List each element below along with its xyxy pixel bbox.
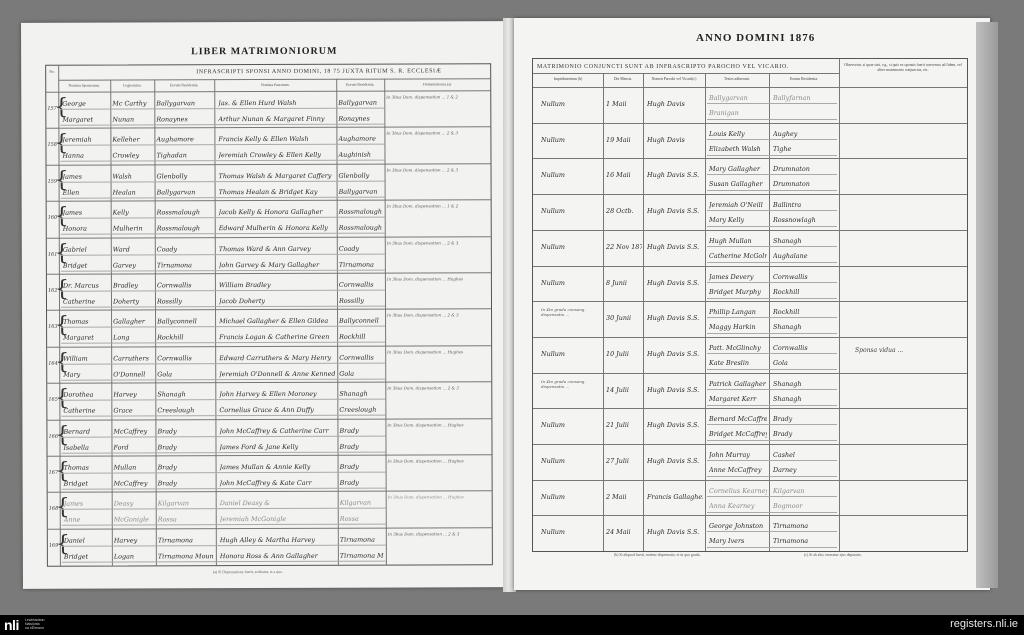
left-page-title: LIBER MATRIMONIORUM (191, 46, 337, 58)
witness-2: Mary Ivers (709, 537, 767, 545)
line-guide (707, 139, 837, 140)
marriage-date: 14 Julii (606, 386, 642, 394)
parents-residence-1: Brady (340, 463, 384, 471)
witness-2: Catherine McGolrick (709, 252, 767, 260)
impediment: Nullum (541, 136, 601, 144)
marriage-register-table-right: MATRIMONIO CONJUNCTI SUNT AB INFRASCRIPT… (532, 58, 968, 552)
parents-residence-2: Tirnamona (339, 260, 383, 268)
marriage-date: 10 Julii (606, 350, 642, 358)
line-guide (707, 496, 837, 497)
priest-name: Hugh Davis S.S. (647, 207, 703, 215)
bride-parents: John McCaffrey & Kate Carr (220, 479, 336, 487)
priest-name: Hugh Davis S.S. (647, 421, 703, 429)
column-header-residence: Eorum Residentia. (154, 83, 214, 87)
row-divider (47, 199, 491, 202)
banns-note: In 3bus Dom. dispensation ... Hughes (388, 495, 488, 525)
parents-residence-1: Glenbolly (339, 171, 383, 179)
bride-residence: Rossilly (157, 297, 213, 305)
bride-surname: Nunan (112, 115, 152, 123)
line-guide (707, 389, 837, 390)
site-link[interactable]: registers.nli.ie (950, 618, 1018, 630)
left-register-page: LIBER MATRIMONIORUM INFRASCRIPTI SPONSI … (21, 21, 505, 589)
bride-residence: Ronaynes (156, 115, 212, 123)
line-guide (707, 424, 837, 425)
bride-surname: O'Donnell (113, 370, 153, 378)
parents-residence-1: Ballyconnell (339, 317, 383, 325)
right-banner: MATRIMONIO CONJUNCTI SUNT AB INFRASCRIPT… (537, 64, 789, 70)
witness-residence-1: Drumnaton (773, 165, 837, 173)
row-divider (48, 491, 492, 494)
banns-note: In 3bus Dom. dispensation ... 1 & 2 (387, 203, 487, 233)
row-divider (533, 337, 967, 338)
impediment: Nullum (541, 243, 601, 251)
groom-name: Thomas (64, 464, 110, 472)
groom-parents: Francis Kelly & Ellen Walsh (218, 135, 334, 143)
groom-residence: Coady (157, 245, 213, 253)
groom-residence: Cornwallis (157, 281, 213, 289)
witness-residence-1: Rockhill (773, 308, 837, 316)
witness-1: Phillip Langan (709, 308, 767, 316)
bride-residence: Tirnamona Mountain (158, 552, 214, 560)
book-edge (976, 22, 998, 588)
groom-surname: Harvey (114, 536, 154, 544)
line-guide (707, 282, 837, 283)
bride-parents: Thomas Healan & Bridget Kay (219, 188, 335, 196)
groom-surname: Bradley (113, 281, 153, 289)
parents-residence-1: Ballygarvan (338, 99, 382, 107)
priest-name: Hugh Davis S.S. (647, 171, 703, 179)
column-header-parents: Nomina Parentum. (214, 83, 336, 87)
groom-residence: Aughamore (156, 136, 212, 144)
bride-name: Isabella (63, 443, 109, 451)
witness-2: Branigan (709, 109, 767, 117)
witness-residence-2: Bogmoor (773, 502, 837, 510)
witness-residence-2: Rockhill (773, 288, 837, 296)
parents-residence-2: Aughinish (338, 151, 382, 159)
groom-residence: Ballygarvan (156, 99, 212, 107)
groom-name: Daniel (64, 536, 110, 544)
marriage-date: 22 Nov 1876 (606, 243, 642, 251)
witness-residence-2: Darney (773, 466, 837, 474)
priest-name: Hugh Davis S.S. (647, 350, 703, 358)
bride-surname: Crowley (112, 152, 152, 160)
witness-1: Jeremiah O'Neill (709, 201, 767, 209)
groom-parents: Thomas Ward & Ann Garvey (219, 244, 335, 252)
column-header-priest: Nomen Parochi vel Vicarii(c) (643, 77, 705, 81)
header-bottom (46, 90, 490, 93)
witness-1: Louis Kelly (709, 130, 767, 138)
row-divider (533, 301, 967, 302)
witness-1: James Devery (709, 273, 767, 281)
witness-residence-2: Shanagh (773, 323, 837, 331)
parents-residence-1: Tirnamona (340, 535, 384, 543)
witness-1: Hugh Mullan (709, 237, 767, 245)
parents-residence-2: Gola (339, 369, 383, 377)
witness-residence-1: Tirnamona (773, 522, 837, 530)
bride-surname: Logan (114, 552, 154, 560)
witness-residence-1: Shanagh (773, 237, 837, 245)
bride-name: Bridget (63, 261, 109, 269)
line-guide (707, 155, 837, 156)
witness-2: Elizabeth Walsh (709, 145, 767, 153)
column-header-names: Nomina Sponsorum. (58, 84, 110, 88)
bride-parents: Francis Logan & Catherine Green (219, 333, 335, 341)
groom-name: James (64, 500, 110, 508)
groom-parents: John McCaffrey & Catherine Carr (219, 426, 335, 434)
bride-residence: Gola (157, 370, 213, 378)
witness-2: Anna Kearney (709, 502, 767, 510)
priest-name: Hugh Davis S.S. (647, 528, 703, 536)
parents-residence-2: Brady (340, 479, 384, 487)
marriage-date: 27 Julii (606, 457, 642, 465)
groom-name: Dorothea (63, 391, 109, 399)
line-guide (707, 262, 837, 263)
witness-residence-1: Cornwallis (773, 273, 837, 281)
groom-parents: John Harvey & Ellen Moroney (219, 390, 335, 398)
line-guide (707, 298, 837, 299)
column-header-witnesses: Testes adfuerunt. (705, 77, 769, 81)
parents-residence-2: Rossmalough (339, 224, 383, 232)
parents-residence-2: Brady (339, 442, 383, 450)
bride-surname: Garvey (113, 261, 153, 269)
impediment: Nullum (541, 350, 601, 358)
groom-surname: Deasy (114, 500, 154, 508)
banns-note: In 3bus Dom. dispensation ... 2 & 3 (388, 531, 488, 561)
image-viewer: LIBER MATRIMONIORUM INFRASCRIPTI SPONSI … (0, 0, 1024, 615)
row-divider (533, 515, 967, 516)
groom-residence: Tirnamona (158, 536, 214, 544)
right-footnote-c: (c) Si ab alio, inseratur ejus deputatio… (804, 553, 862, 557)
bride-parents: Edward Mulherin & Honora Kelly (219, 224, 335, 232)
witness-residence-2: Brady (773, 430, 837, 438)
groom-name: Thomas (63, 318, 109, 326)
banns-note: In 3bus Dom. dispensation ... 2 & 3 (386, 131, 486, 161)
parents-residence-2: Rossa (340, 515, 384, 523)
groom-name: Gabriel (63, 245, 109, 253)
parents-residence-1: Cornwallis (339, 281, 383, 289)
column-header-observations: Observetur, si quae sint, v.g., si quis … (843, 63, 963, 73)
witness-1: Patt. McGlinchy (709, 344, 767, 352)
column-header-day_month: Die Mensis. (603, 77, 643, 81)
marriage-date: 8 Junii (606, 279, 642, 287)
parents-residence-1: Rossmalough (339, 208, 383, 216)
bride-surname: Mulherin (113, 225, 153, 233)
bride-residence: Rockhill (157, 334, 213, 342)
witness-2: Bridget McCaffrey (709, 430, 767, 438)
bride-residence: Brady (157, 443, 213, 451)
column-divider (839, 59, 840, 551)
witness-1: Bernard McCaffrey (709, 415, 767, 423)
bride-surname: Doherty (113, 297, 153, 305)
groom-surname: Harvey (113, 391, 153, 399)
witness-residence-2: Shanagh (773, 395, 837, 403)
column-header-witness_residence: Eorum Residentia. (769, 77, 839, 81)
witness-residence-2: Aughalane (773, 252, 837, 260)
column-header-parents_residence: Eorum Residentia. (336, 83, 384, 87)
witness-residence-1: Ballintra (773, 201, 837, 209)
witness-2: Kate Breslin (709, 359, 767, 367)
parents-residence-1: Aughamore (338, 135, 382, 143)
row-divider (533, 158, 967, 159)
groom-residence: Brady (157, 427, 213, 435)
impediment: Nullum (541, 421, 601, 429)
witness-residence-1: Cornwallis (773, 344, 837, 352)
bride-name: Bridget (64, 480, 110, 488)
row-divider (533, 408, 967, 409)
priest-name: Francis Gallagher (647, 493, 703, 501)
witness-residence-2: Tighe (773, 145, 837, 153)
witness-residence-1: Ballyfarnan (773, 94, 837, 102)
row-divider (48, 454, 492, 457)
priest-name: Hugh Davis S.S. (647, 243, 703, 251)
line-guide (707, 210, 837, 211)
priest-name: Hugh Davis S.S. (647, 314, 703, 322)
groom-residence: Glenbolly (157, 172, 213, 180)
parents-residence-1: Shanagh (339, 390, 383, 398)
banns-note: In 3bus Dom. dispensation ... 2 & 3 (387, 385, 487, 415)
bride-residence: Ballygarvan (157, 188, 213, 196)
bride-name: Bridget (64, 552, 110, 560)
line-guide (707, 103, 837, 104)
banns-note: In 3bus Dom. dispensation ... Hughes (387, 422, 487, 452)
observation-note: Sponsa vidua ... (855, 347, 903, 354)
row-divider (46, 127, 490, 130)
line-guide (707, 119, 837, 120)
witness-residence-2: Drumnaton (773, 180, 837, 188)
right-register-page: ANNO DOMINI 1876 MATRIMONIO CONJUNCTI SU… (514, 18, 990, 590)
bride-name: Ellen (63, 188, 109, 196)
groom-parents: Edward Carruthers & Mary Henry (219, 354, 335, 362)
groom-residence: Shanagh (157, 390, 213, 398)
priest-name: Hugh Davis (647, 136, 703, 144)
bride-residence: Rossmalough (157, 224, 213, 232)
groom-surname: Kelleher (112, 136, 152, 144)
groom-parents: James Mullan & Annie Kelly (220, 463, 336, 471)
marriage-date: 2 Maii (606, 493, 642, 501)
impediment: Nullum (541, 279, 601, 287)
bride-parents: Jacob Doherty (219, 297, 335, 305)
witness-residence-1: Brady (773, 415, 837, 423)
bride-surname: Long (113, 334, 153, 342)
header-divider (58, 78, 490, 81)
bride-surname: McGonigle (114, 516, 154, 524)
parents-residence-1: Coady (339, 244, 383, 252)
bride-surname: Ford (113, 443, 153, 451)
marriage-date: 30 Junii (606, 314, 642, 322)
groom-residence: Cornwallis (157, 354, 213, 362)
witness-2: Margaret Kerr (709, 395, 767, 403)
line-guide (707, 226, 837, 227)
bride-name: Margaret (63, 334, 109, 342)
bride-name: Catherine (63, 298, 109, 306)
marriage-register-table-left: INFRASCRIPTI SPONSI ANNO DOMINI, 18 75 J… (45, 63, 493, 567)
marriage-date: 1 Maii (606, 100, 642, 108)
bride-name: Anne (64, 516, 110, 524)
groom-residence: Rossmalough (157, 208, 213, 216)
viewer-footer: nli Leabharlann Náisiúnta na hÉireann re… (0, 615, 1024, 635)
column-header-banns: Denuntiationes.(a) (384, 82, 490, 86)
line-guide (707, 531, 837, 532)
bride-residence: Brady (158, 479, 214, 487)
bride-parents: Cornelius Grace & Ann Duffy (219, 406, 335, 414)
impediment: Nullum (541, 457, 601, 465)
witness-2: Mary Kelly (709, 216, 767, 224)
groom-name: Dr. Marcus (63, 282, 109, 290)
line-guide (707, 353, 837, 354)
priest-name: Hugh Davis S.S. (647, 279, 703, 287)
bride-residence: Tirnamona (157, 261, 213, 269)
line-guide (707, 460, 837, 461)
witness-residence-1: Cashel (773, 451, 837, 459)
groom-residence: Ballyconnell (157, 318, 213, 326)
parents-residence-2: Rossilly (339, 297, 383, 305)
marriage-date: 21 Julii (606, 421, 642, 429)
row-divider (533, 230, 967, 231)
groom-parents: Daniel Deasy & (220, 499, 336, 507)
row-divider (47, 381, 491, 384)
impediment: Nullum (541, 100, 601, 108)
bride-parents: Honora Ross & Ann Gallagher (220, 552, 336, 560)
line-guide (707, 369, 837, 370)
banns-note: In 3bus Dom. dispensation ... 2 & 3 (387, 313, 487, 343)
parents-residence-2: Tirnamona Mountain (340, 551, 384, 559)
impediment: In 4to gradu consang. dispensatio ... (541, 379, 601, 405)
groom-name: George (62, 100, 108, 108)
witness-1: John Murray (709, 451, 767, 459)
line-guide (707, 547, 837, 548)
witness-2: Maggy Harkin (709, 323, 767, 331)
groom-surname: Mullan (114, 463, 154, 471)
groom-surname: McCaffrey (113, 427, 153, 435)
line-guide (707, 405, 837, 406)
witness-2: Bridget Murphy (709, 288, 767, 296)
witness-residence-1: Aughey (773, 130, 837, 138)
line-guide (707, 174, 837, 175)
bride-residence: Creeslough (157, 406, 213, 414)
row-divider (533, 480, 967, 481)
bride-name: Margaret (62, 116, 108, 124)
witness-residence-2: Gola (773, 359, 837, 367)
row-divider (533, 194, 967, 195)
line-guide (707, 440, 837, 441)
row-divider (533, 266, 967, 267)
bride-parents: James Ford & Jane Kelly (219, 442, 335, 450)
parents-residence-1: Brady (339, 426, 383, 434)
bride-parents: Jeremiah McGonigle (220, 515, 336, 523)
banns-note: In 3bus Dom. dispensation ... 2 & 3 (387, 167, 487, 197)
bride-surname: Healan (113, 188, 153, 196)
witness-residence-1: Shanagh (773, 380, 837, 388)
impediment: Nullum (541, 493, 601, 501)
groom-surname: Walsh (113, 172, 153, 180)
right-footnote-b: (b) Si aliquod fuerit, notetur dispensat… (614, 553, 700, 557)
bride-name: Mary (63, 370, 109, 378)
priest-name: Hugh Davis S.S. (647, 386, 703, 394)
parents-residence-2: Ronaynes (338, 115, 382, 123)
groom-surname: Ward (113, 245, 153, 253)
groom-surname: Kelly (113, 209, 153, 217)
column-header-no: No. (46, 70, 58, 74)
witness-residence-1: Kilgarvan (773, 487, 837, 495)
witness-1: Cornelius Kearney (709, 487, 767, 495)
parents-residence-1: Kilgarvan (340, 499, 384, 507)
nli-logo: nli (4, 617, 19, 633)
line-guide (707, 512, 837, 513)
header-divider (533, 73, 839, 74)
bride-parents: Jeremiah Crowley & Ellen Kelly (218, 151, 334, 159)
priest-name: Hugh Davis (647, 100, 703, 108)
marriage-date: 16 Maii (606, 171, 642, 179)
groom-parents: William Bradley (219, 281, 335, 289)
banns-note: In 3bus Dom. dispensation ... 2 & 3 (387, 240, 487, 270)
marriage-date: 28 Octb. (606, 207, 642, 215)
column-header-surnames: Cognomina. (110, 83, 154, 87)
parents-residence-2: Ballygarvan (339, 187, 383, 195)
row-divider (48, 527, 492, 530)
row-divider (47, 163, 491, 166)
groom-parents: Thomas Walsh & Margaret Caffery (219, 172, 335, 180)
groom-name: Bernard (63, 427, 109, 435)
priest-name: Hugh Davis S.S. (647, 457, 703, 465)
bride-name: Catherine (63, 407, 109, 415)
bride-name: Honora (63, 225, 109, 233)
groom-parents: Jas. & Ellen Hurd Walsh (218, 99, 334, 107)
parents-residence-1: Cornwallis (339, 353, 383, 361)
impediment: Nullum (541, 171, 601, 179)
parents-residence-2: Rockhill (339, 333, 383, 341)
bride-residence: Rossa (158, 516, 214, 524)
witness-1: Mary Gallagher (709, 165, 767, 173)
witness-residence-2: Tirnamona (773, 537, 837, 545)
line-guide (707, 317, 837, 318)
bride-surname: Grace (113, 407, 153, 415)
banns-note: In 3bus Dom. dispensation ... Hughes (387, 349, 487, 379)
row-divider (47, 272, 491, 275)
bride-parents: Arthur Nunan & Margaret Finny (218, 115, 334, 123)
groom-name: James (63, 209, 109, 217)
row-divider (47, 236, 491, 239)
banns-note: In 3bus Dom. dispensation ... 1 & 2 (386, 94, 486, 124)
banns-note: In 3bus Dom. dispensation ... Hughes (388, 458, 488, 488)
line-guide (707, 246, 837, 247)
witness-residence-2: Rossnowlagh (773, 216, 837, 224)
bride-surname: McCaffrey (114, 479, 154, 487)
row-divider (47, 309, 491, 312)
line-guide (707, 476, 837, 477)
column-header-impediment: Impedimentum (b) (533, 77, 603, 81)
witness-1: George Johnston (709, 522, 767, 530)
impediment: In 4to gradu consang. dispensatio ... (541, 307, 601, 333)
row-divider (533, 123, 967, 124)
groom-name: William (63, 354, 109, 362)
bride-parents: Jeremiah O'Donnell & Anne Kennedy (219, 370, 335, 378)
line-guide (707, 190, 837, 191)
bride-name: Hanna (62, 152, 108, 160)
groom-residence: Kilgarvan (158, 500, 214, 508)
witness-2: Susan Gallagher (709, 180, 767, 188)
witness-2: Anne McCaffrey (709, 466, 767, 474)
groom-surname: Carruthers (113, 354, 153, 362)
groom-name: James (63, 172, 109, 180)
row-divider (47, 345, 491, 348)
marriage-date: 19 Maii (606, 136, 642, 144)
groom-parents: Michael Gallagher & Ellen Gildea (219, 317, 335, 325)
row-divider (533, 373, 967, 374)
row-divider (533, 444, 967, 445)
groom-name: Jeremiah (62, 136, 108, 144)
marriage-date: 24 Maii (606, 528, 642, 536)
parents-residence-2: Creeslough (339, 406, 383, 414)
